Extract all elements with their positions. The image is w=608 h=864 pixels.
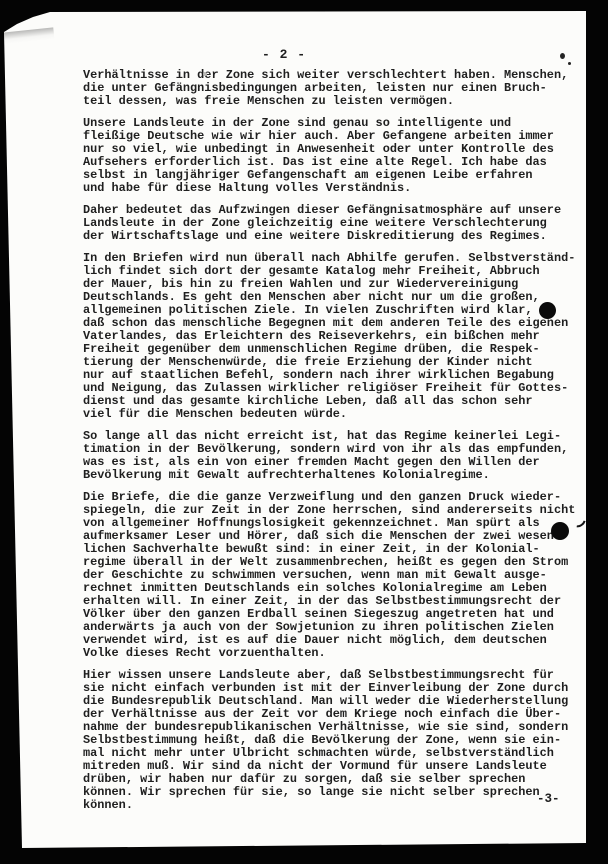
paragraph-2: Unsere Landsleute in der Zone sind genau… [83,117,593,195]
ink-blot [551,522,569,540]
ink-blot [539,302,556,319]
paragraph-4: In den Briefen wird nun überall nach Abh… [83,252,593,421]
page-number-footer: -3- [537,792,560,806]
paragraph-1: Verhältnisse in der Zone sich weiter ver… [83,69,593,108]
paragraph-5: So lange all das nicht erreicht ist, hat… [83,430,593,482]
page-number-header: - 2 - [262,47,306,62]
paragraph-6: Die Briefe, die die ganze Verzweiflung u… [83,491,593,660]
paragraph-3: Daher bedeutet das Aufzwingen dieser Gef… [83,204,593,243]
page-surface: - 2 - Verhältnisse in der Zone sich weit… [0,0,608,864]
scan-speck [560,53,565,59]
scanned-document: - 2 - Verhältnisse in der Zone sich weit… [0,0,608,864]
document-body: Verhältnisse in der Zone sich weiter ver… [83,69,593,821]
scan-smudge [2,27,55,44]
paragraph-7: Hier wissen unsere Landsleute aber, daß … [83,669,593,812]
scan-speck [203,72,207,76]
scan-speck [568,62,571,65]
